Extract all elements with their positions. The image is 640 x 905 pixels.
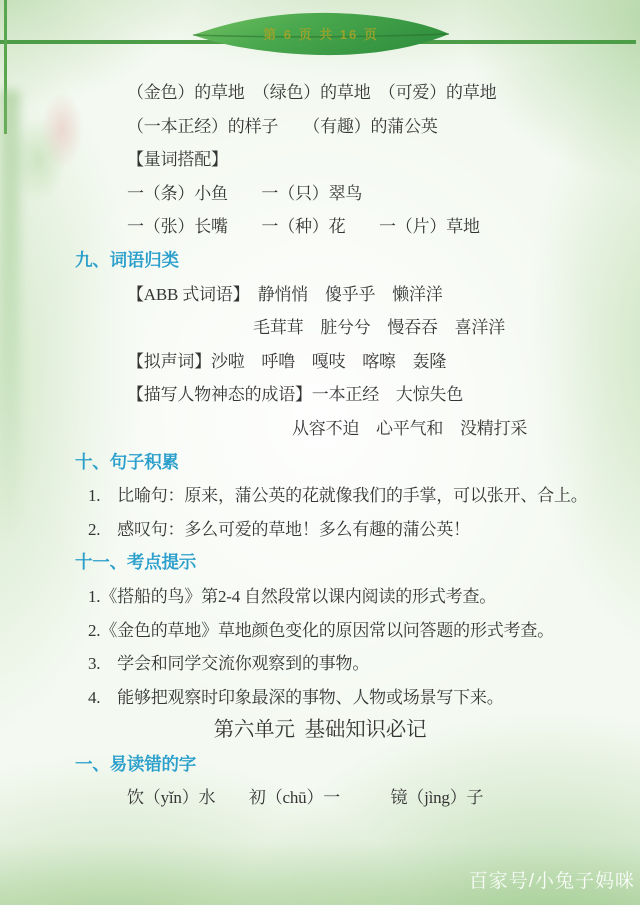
pinyin-line: 饮（yǐn）水 初（chū）一 镜（jìng）子 (0, 781, 640, 815)
section-heading: 一、易读错的字 (0, 748, 640, 782)
unit-title: 第六单元 基础知识必记 (0, 714, 640, 748)
bracket-heading: 【描写人物神态的成语】一本正经 大惊失色 (0, 378, 640, 412)
watermark: 百家号/小兔子妈咪 (469, 866, 635, 893)
bracket-heading: 【拟声词】沙啦 呼噜 嘎吱 喀嚓 轰隆 (0, 345, 640, 379)
page-number: 第 6 页 共 16 页 (192, 24, 450, 43)
list-item: 4. 能够把观察时印象最深的事物、人物或场景写下来。 (0, 681, 640, 715)
list-item: 1.《搭船的鸟》第2-4 自然段常以课内阅读的形式考查。 (0, 580, 640, 614)
section-heading: 九、词语归类 (0, 244, 640, 278)
phrase-line: 一（张）长嘴 一（种）花 一（片）草地 (0, 210, 640, 244)
list-item: 1. 比喻句：原来，蒲公英的花就像我们的手掌，可以张开、合上。 (0, 479, 640, 513)
section-heading: 十一、考点提示 (0, 546, 640, 580)
phrase-line: （一本正经）的样子 （有趣）的蒲公英 (0, 110, 640, 144)
word-list-line: 毛茸茸 脏兮兮 慢吞吞 喜洋洋 (0, 311, 640, 345)
bracket-heading: 【量词搭配】 (0, 143, 640, 177)
phrase-line: （金色）的草地 （绿色）的草地 （可爱）的草地 (0, 76, 640, 110)
leaf-banner: 第 6 页 共 16 页 (192, 12, 450, 56)
word-list-line: 从容不迫 心平气和 没精打采 (0, 412, 640, 446)
bracket-heading: 【ABB 式词语】 静悄悄 傻乎乎 懒洋洋 (0, 278, 640, 312)
document-body: （金色）的草地 （绿色）的草地 （可爱）的草地 （一本正经）的样子 （有趣）的蒲… (0, 76, 640, 815)
list-item: 3. 学会和同学交流你观察到的事物。 (0, 647, 640, 681)
phrase-line: 一（条）小鱼 一（只）翠鸟 (0, 177, 640, 211)
study-notes-page: 第 6 页 共 16 页 （金色）的草地 （绿色）的草地 （可爱）的草地 （一本… (0, 0, 640, 905)
list-item: 2.《金色的草地》草地颜色变化的原因常以问答题的形式考查。 (0, 614, 640, 648)
list-item: 2. 感叹句：多么可爱的草地！多么有趣的蒲公英！ (0, 513, 640, 547)
section-heading: 十、句子积累 (0, 446, 640, 480)
